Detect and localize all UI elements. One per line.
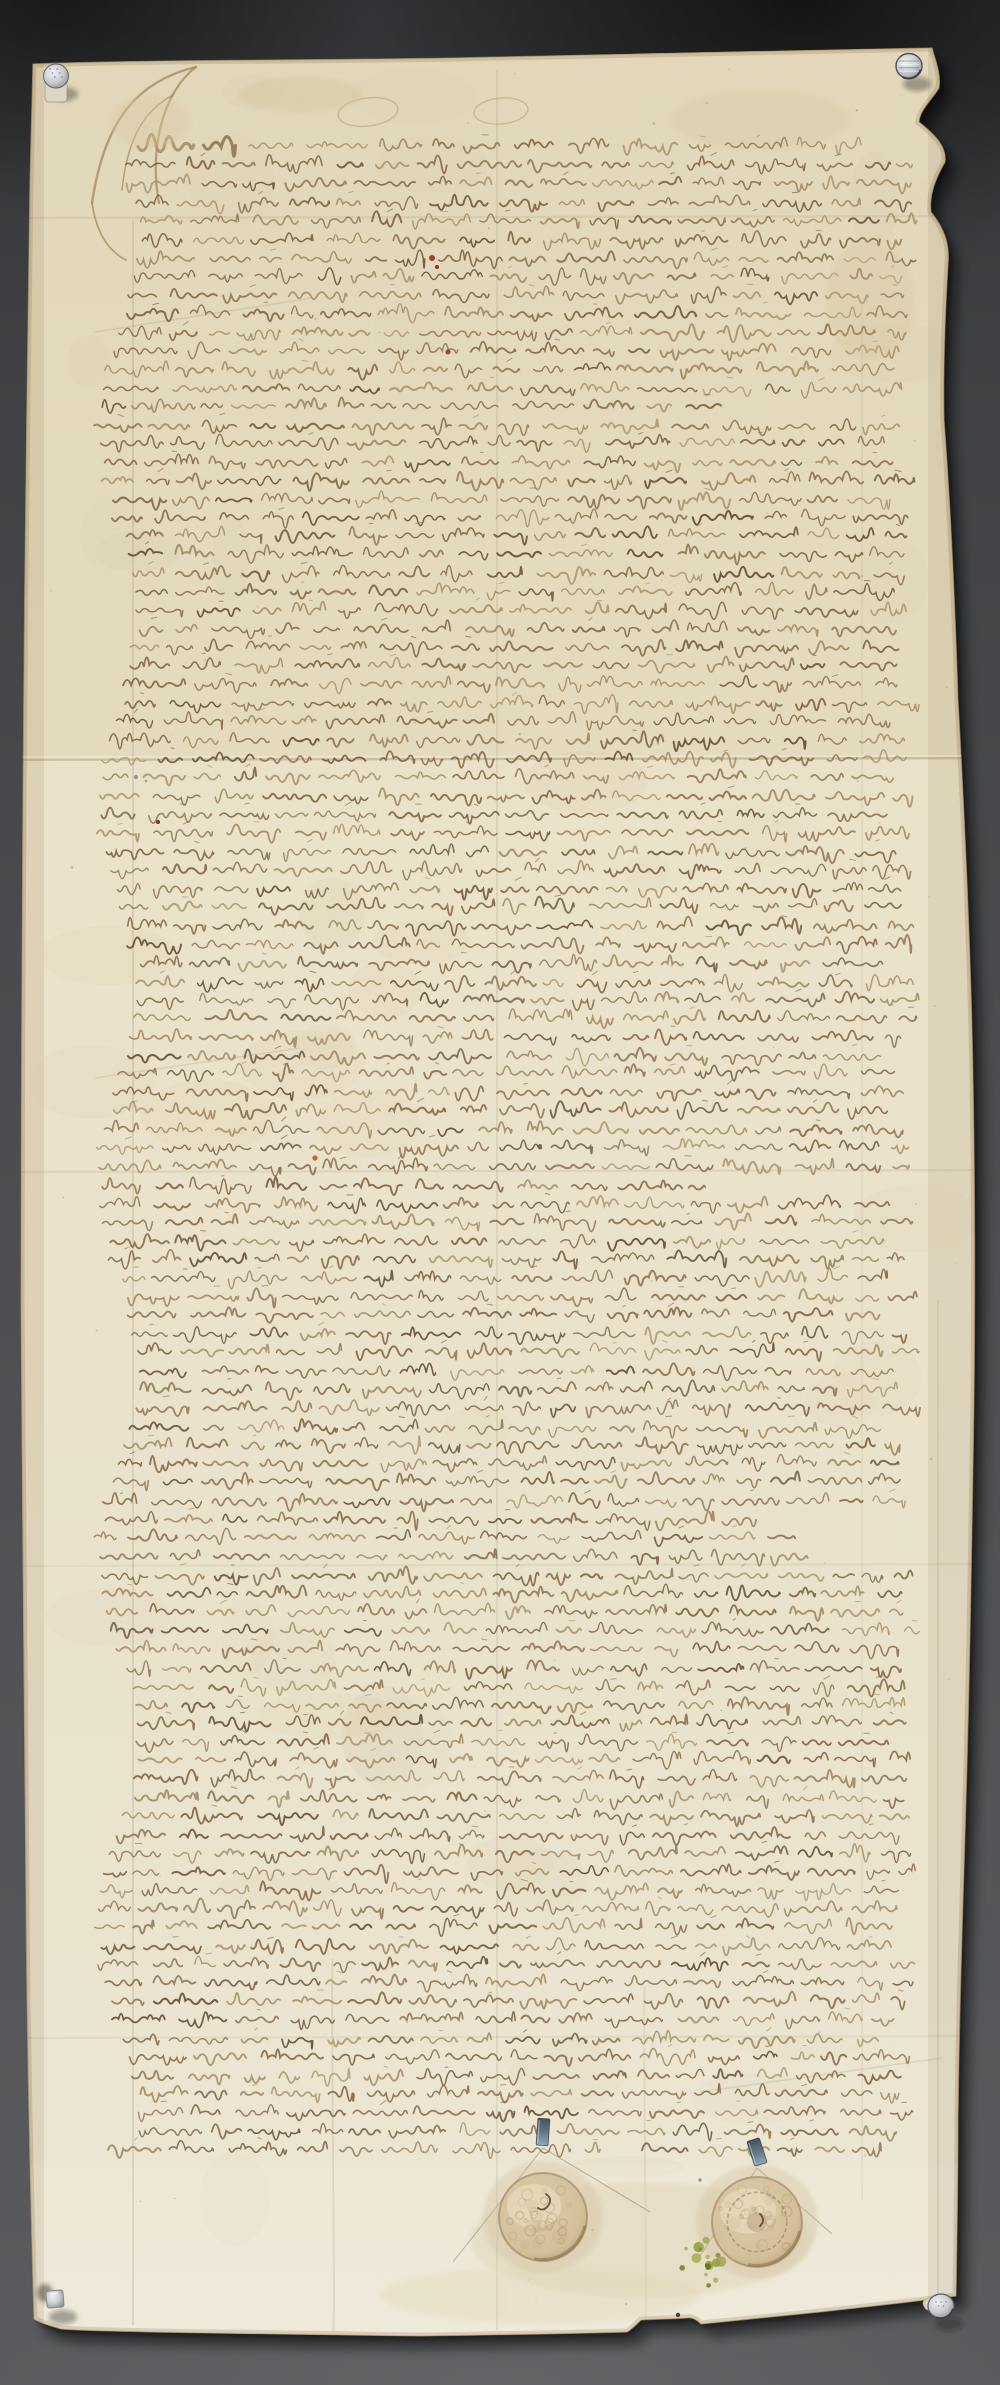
wax-seal-left xyxy=(483,2161,603,2273)
photo-background: Photograph of a late-medieval handwritte… xyxy=(0,0,1000,2385)
wax-seal-right xyxy=(696,2165,818,2279)
archival-clip-left xyxy=(536,2118,550,2146)
manuscript-photo xyxy=(0,0,1000,2385)
